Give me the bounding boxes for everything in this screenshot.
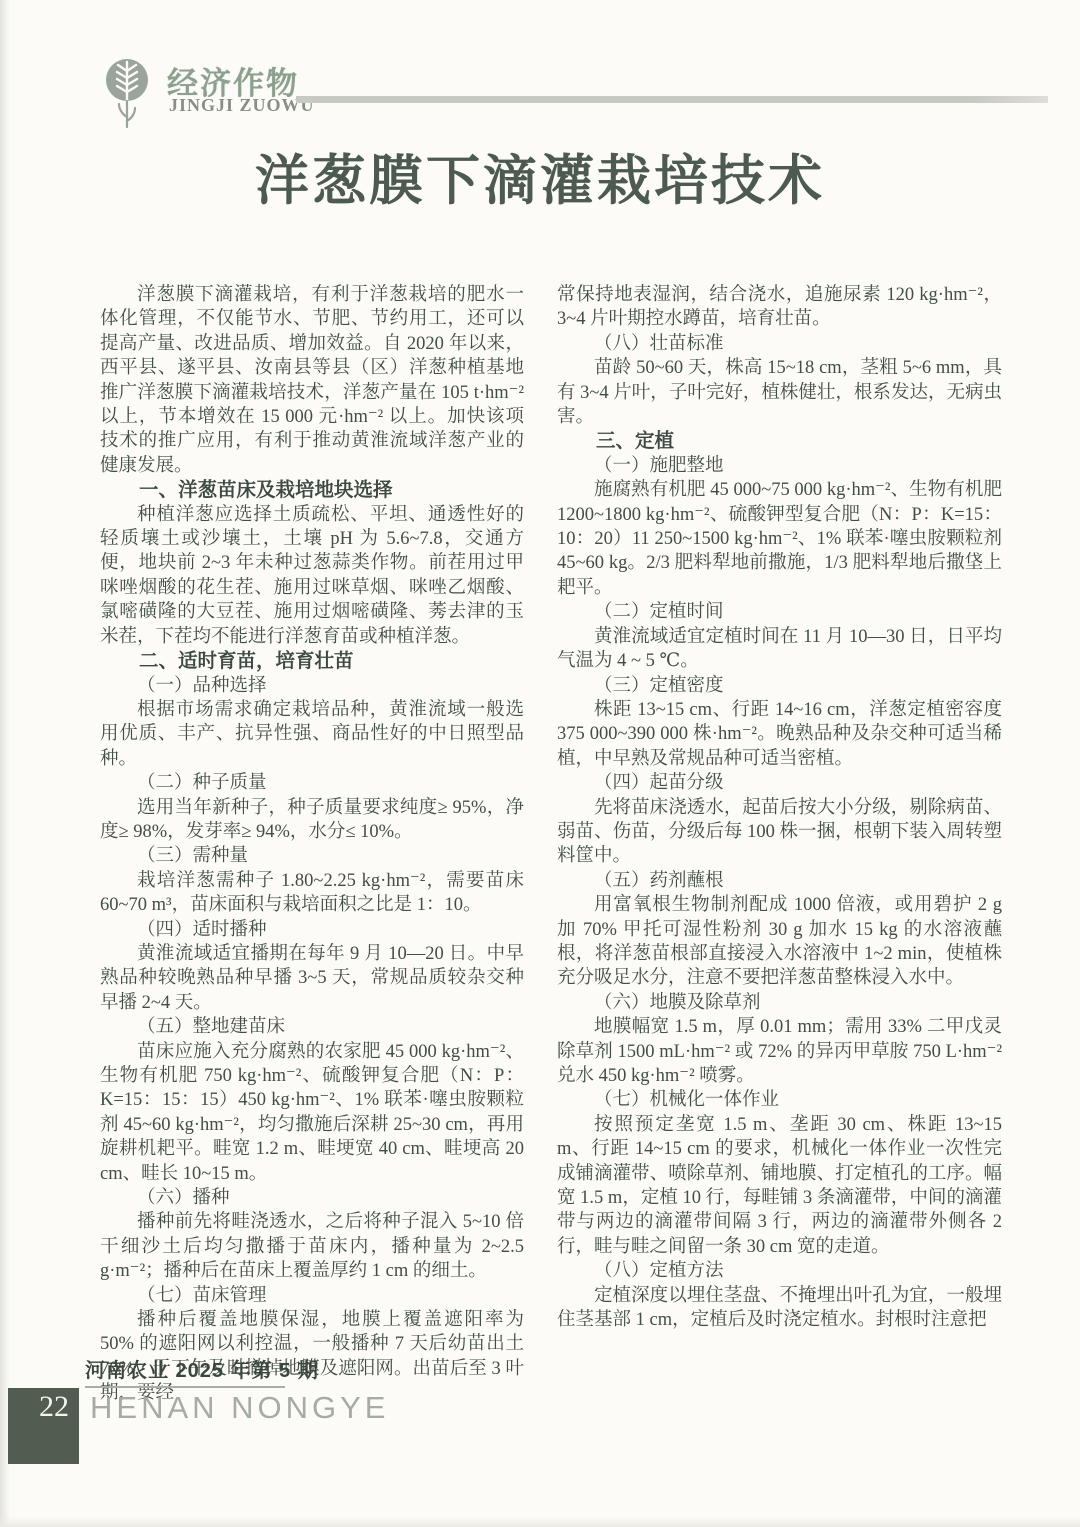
subsection-heading: （四）起苗分级 [557, 771, 1002, 795]
intro-paragraph: 洋葱膜下滴灌栽培，有利于洋葱栽培的肥水一体化管理，不仅能节水、节肥、节约用工，还… [100, 283, 524, 478]
subsection-heading: （二）定植时间 [557, 600, 1002, 624]
subsection-heading: （一）品种选择 [100, 674, 524, 698]
page-left-shadow [0, 0, 10, 1527]
paragraph: 种植洋葱应选择土质疏松、平坦、通透性好的轻质壤土或沙壤土，土壤 pH 为 5.6… [100, 503, 524, 649]
article-title: 洋葱膜下滴灌栽培技术 [0, 138, 1080, 215]
section-heading-1: 一、洋葱苗床及栽培地块选择 [100, 478, 524, 502]
subsection-heading: （七）苗床管理 [100, 1284, 524, 1308]
subsection-heading: （五）药剂蘸根 [557, 869, 1002, 893]
subsection-heading: （六）地膜及除草剂 [557, 991, 1002, 1015]
subsection-heading: （八）定植方法 [557, 1259, 1002, 1283]
paragraph: 根据市场需求确定栽培品种，黄淮流域一般选用优质、丰产、抗异性强、商品性好的中日照… [100, 698, 524, 771]
paragraph: 苗龄 50~60 天，株高 15~18 cm，茎粗 5~6 mm，具有 3~4 … [557, 356, 1002, 429]
footer-divider [85, 1386, 285, 1388]
subsection-heading: （二）种子质量 [100, 771, 524, 795]
journal-issue-line: 河南农业 2025 年第 5 期 [85, 1354, 319, 1383]
section-heading-2: 二、适时育苗，培育壮苗 [100, 649, 524, 673]
subsection-heading: （三）需种量 [100, 844, 524, 868]
wheat-icon [103, 57, 151, 131]
journal-name-en: HENAN NONGYE [90, 1390, 389, 1426]
right-column: 常保持地表湿润，结合浇水，追施尿素 120 kg·hm⁻²，3~4 片叶期控水蹲… [557, 283, 1002, 1332]
subsection-heading: （五）整地建苗床 [100, 1015, 524, 1039]
paragraph: 用富氧根生物制剂配成 1000 倍液，或用碧护 2 g 加 70% 甲托可湿性粉… [557, 893, 1002, 991]
paragraph: 选用当年新种子，种子质量要求纯度≥ 95%，净度≥ 98%，发芽率≥ 94%，水… [100, 796, 524, 845]
subsection-heading: （三）定植密度 [557, 674, 1002, 698]
subsection-heading: （七）机械化一体作业 [557, 1088, 1002, 1112]
left-column: 洋葱膜下滴灌栽培，有利于洋葱栽培的肥水一体化管理，不仅能节水、节肥、节约用工，还… [100, 283, 524, 1406]
paragraph: 黄淮流域适宜定植时间在 11 月 10—30 日，日平均气温为 4 ~ 5 ℃。 [557, 625, 1002, 674]
paragraph: 施腐熟有机肥 45 000~75 000 kg·hm⁻²、生物有机肥 1200~… [557, 478, 1002, 600]
paragraph: 株距 13~15 cm、行距 14~16 cm，洋葱定植密容度 375 000~… [557, 698, 1002, 771]
header-divider-bar [296, 96, 1048, 103]
continued-paragraph: 常保持地表湿润，结合浇水，追施尿素 120 kg·hm⁻²，3~4 片叶期控水蹲… [557, 283, 1002, 332]
page-bottom-shadow [0, 1517, 1080, 1527]
section-heading-3: 三、定植 [557, 429, 1002, 453]
subsection-heading: （八）壮苗标准 [557, 332, 1002, 356]
section-name-en: JINGJI ZUOWU [169, 95, 315, 116]
page-number: 22 [39, 1390, 69, 1423]
paragraph: 黄淮流域适宜播期在每年 9 月 10—20 日。中早熟品种较晚熟品种早播 3~5… [100, 942, 524, 1015]
paragraph: 按照预定垄宽 1.5 m、垄距 30 cm、株距 13~15 m、行距 14~1… [557, 1113, 1002, 1259]
subsection-heading: （四）适时播种 [100, 918, 524, 942]
paragraph: 定植深度以埋住茎盘、不掩埋出叶孔为宜，一般埋住茎基部 1 cm，定植后及时浇定植… [557, 1284, 1002, 1333]
paragraph: 播种前先将畦浇透水，之后将种子混入 5~10 倍干细沙土后均匀撒播于苗床内，播种… [100, 1210, 524, 1283]
paragraph: 苗床应施入充分腐熟的农家肥 45 000 kg·hm⁻²、生物有机肥 750 k… [100, 1040, 524, 1186]
journal-section-logo [103, 57, 151, 131]
subsection-heading: （六）播种 [100, 1186, 524, 1210]
paragraph: 地膜幅宽 1.5 m，厚 0.01 mm；需用 33% 二甲戊灵除草剂 1500… [557, 1015, 1002, 1088]
paragraph: 先将苗床浇透水，起苗后按大小分级，剔除病苗、弱苗、伤苗，分级后每 100 株一捆… [557, 796, 1002, 869]
subsection-heading: （一）施肥整地 [557, 454, 1002, 478]
paragraph: 栽培洋葱需种子 1.80~2.25 kg·hm⁻²，需要苗床 60~70 m³，… [100, 869, 524, 918]
page-number-badge: 22 [8, 1388, 79, 1464]
